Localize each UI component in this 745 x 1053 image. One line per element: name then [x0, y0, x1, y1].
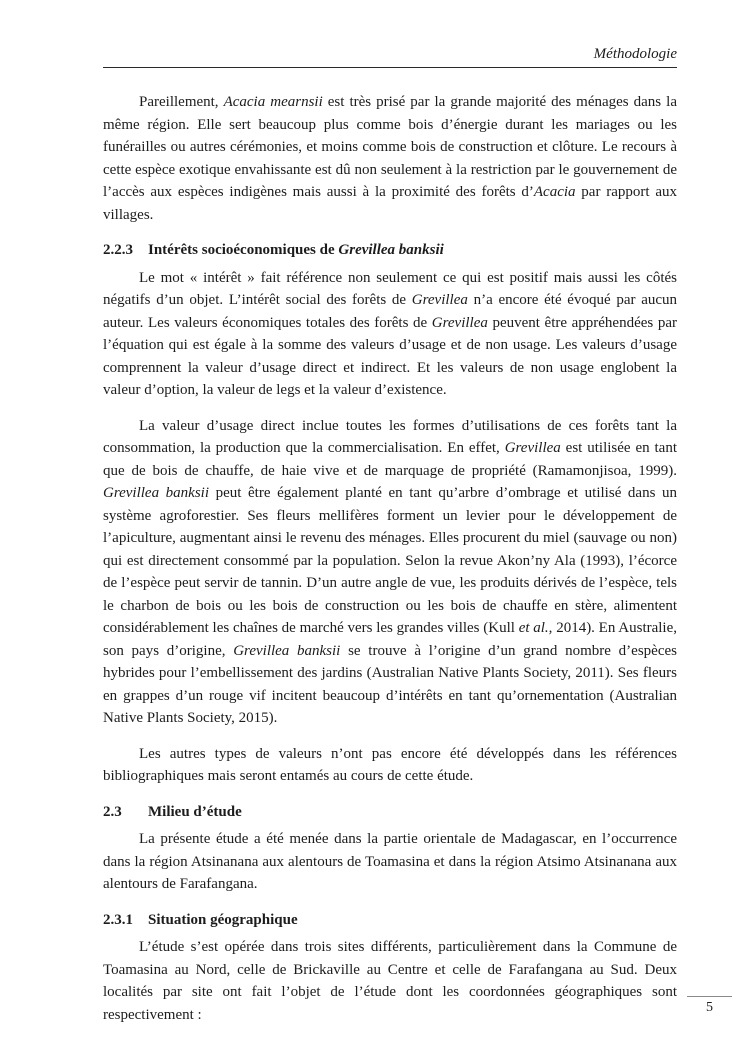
- text-run: Grevillea: [505, 440, 561, 456]
- text-run: Grevillea: [432, 315, 488, 331]
- document-page: Méthodologie Pareillement, Acacia mearns…: [0, 0, 745, 1053]
- text-run: et al.,: [519, 620, 553, 636]
- page-footer: 5: [687, 996, 732, 1016]
- body-paragraph: L’étude s’est opérée dans trois sites di…: [103, 936, 677, 1026]
- text-run: Grevillea banksii: [338, 242, 443, 258]
- text-run: Milieu d’étude: [148, 804, 242, 820]
- page-header: Méthodologie: [103, 44, 677, 68]
- section-number: 2.3: [103, 801, 148, 824]
- running-title: Méthodologie: [594, 46, 677, 62]
- section-title: Milieu d’étude: [148, 804, 242, 820]
- text-run: Acacia: [534, 184, 576, 200]
- body-paragraph: La présente étude a été menée dans la pa…: [103, 828, 677, 896]
- section-heading: 2.2.3Intérêts socioéconomiques de Grevil…: [103, 239, 677, 262]
- body-paragraph: Pareillement, Acacia mearnsii est très p…: [103, 91, 677, 226]
- text-run: Grevillea banksii: [233, 643, 340, 659]
- section-heading: 2.3.1Situation géographique: [103, 909, 677, 932]
- text-run: Acacia mearnsii: [224, 94, 323, 110]
- body-paragraph: Les autres types de valeurs n’ont pas en…: [103, 743, 677, 788]
- section-title: Situation géographique: [148, 912, 298, 928]
- section-title: Intérêts socioéconomiques de Grevillea b…: [148, 242, 444, 258]
- text-run: Grevillea: [412, 292, 468, 308]
- body-paragraph: La valeur d’usage direct inclue toutes l…: [103, 415, 677, 730]
- section-heading: 2.3Milieu d’étude: [103, 801, 677, 824]
- section-number: 2.2.3: [103, 239, 148, 262]
- page-number: 5: [706, 1000, 713, 1015]
- document-content: Pareillement, Acacia mearnsii est très p…: [103, 91, 677, 1039]
- text-run: Situation géographique: [148, 912, 298, 928]
- text-run: Intérêts socioéconomiques de: [148, 242, 338, 258]
- text-run: Grevillea banksii: [103, 485, 209, 501]
- section-number: 2.3.1: [103, 909, 148, 932]
- body-paragraph: Le mot « intérêt » fait référence non se…: [103, 267, 677, 402]
